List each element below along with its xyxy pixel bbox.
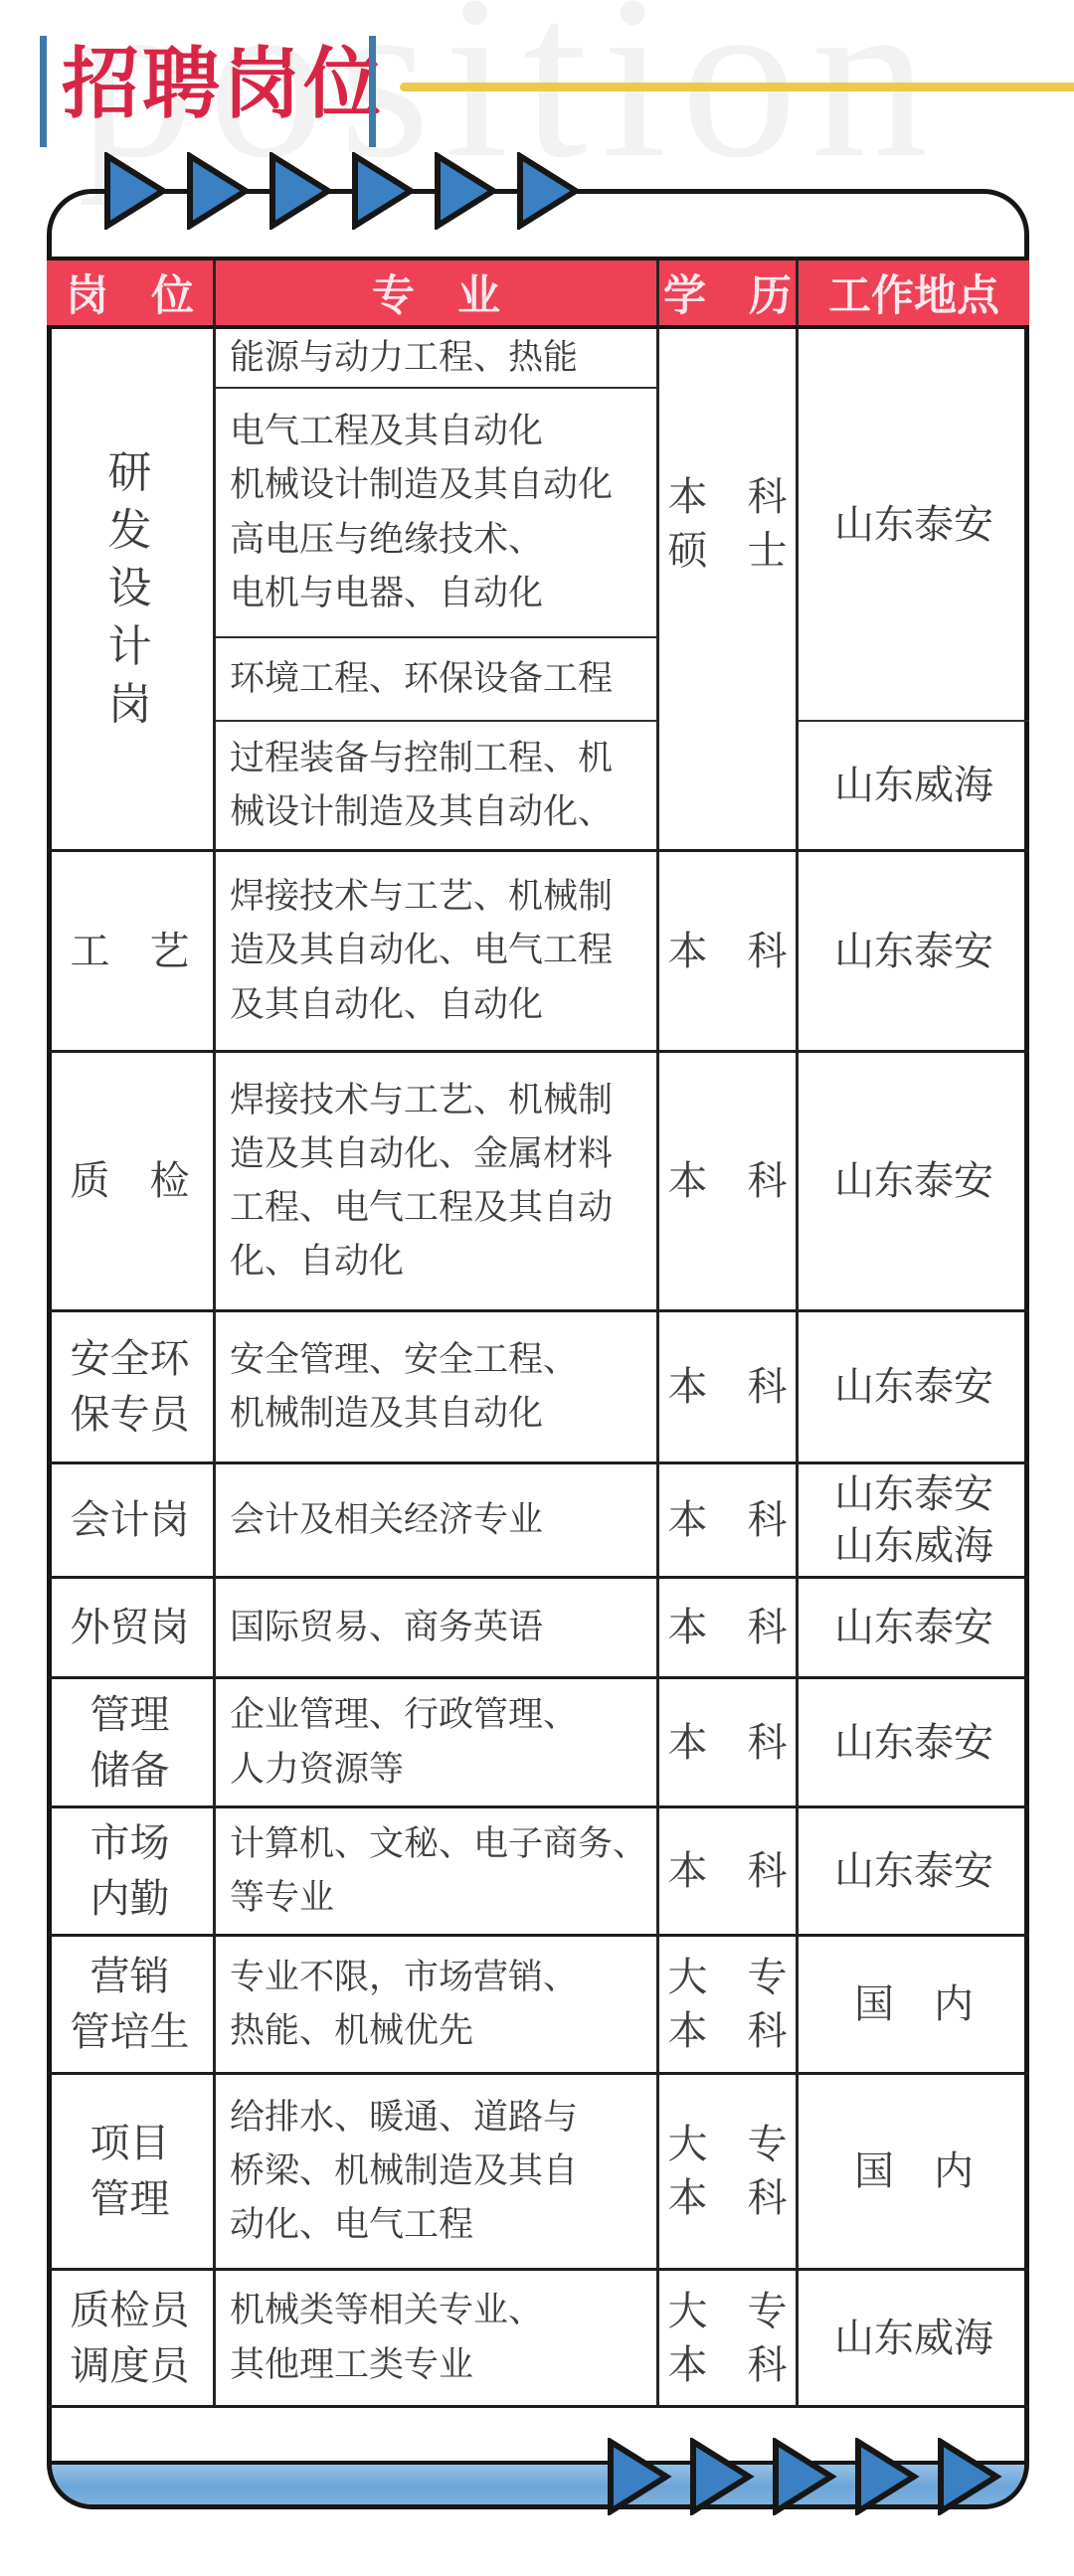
- row-label: 质 检: [47, 1053, 216, 1312]
- row-label-rd: 研 发 设 计 岗: [47, 329, 216, 852]
- row-location: 山东泰安: [799, 852, 1029, 1053]
- row-location: 山东泰安: [799, 1808, 1029, 1937]
- row-major: 安全管理、安全工程、 机械制造及其自动化: [216, 1312, 659, 1464]
- row-label: 营销 管培生: [47, 1937, 216, 2075]
- row-location: 山东泰安: [799, 1579, 1029, 1679]
- row-major: 焊接技术与工艺、机械制 造及其自动化、金属材料 工程、电气工程及其自动 化、自动…: [216, 1053, 659, 1312]
- bottom-arrows-decoration: [607, 2438, 1004, 2515]
- title-underline: [400, 83, 1074, 91]
- title-left-bar: [40, 36, 47, 147]
- row-major: 国际贸易、商务英语: [216, 1579, 659, 1679]
- row-major: 专业不限，市场营销、 热能、机械优先: [216, 1937, 659, 2075]
- row-location: 山东泰安: [799, 1312, 1029, 1464]
- row-major: 机械类等相关专业、 其他理工类专业: [216, 2271, 659, 2408]
- row-label: 管理 储备: [47, 1679, 216, 1808]
- row-location: 山东泰安: [799, 1053, 1029, 1312]
- rd-major-4: 过程装备与控制工程、机 械设计制造及其自动化、: [216, 722, 659, 852]
- row-location: 山东威海: [799, 2271, 1029, 2408]
- row-education: 本 科: [659, 1808, 799, 1937]
- rd-education: 本 科 硕 士: [659, 329, 799, 852]
- row-major: 企业管理、行政管理、 人力资源等: [216, 1679, 659, 1808]
- row-label: 外贸岗: [47, 1579, 216, 1679]
- rd-location-1: 山东泰安: [799, 329, 1029, 722]
- row-location: 国 内: [799, 2075, 1029, 2271]
- row-label: 工 艺: [47, 852, 216, 1053]
- row-education: 本 科: [659, 1679, 799, 1808]
- row-education: 大 专 本 科: [659, 2075, 799, 2271]
- row-label: 项目 管理: [47, 2075, 216, 2271]
- recruitment-table: 岗 位 专 业 学 历 工作地点 研 发 设 计 岗 能源与动力工程、热能 电气…: [47, 257, 1029, 2408]
- title-right-bar: [369, 36, 376, 147]
- row-education: 本 科: [659, 852, 799, 1053]
- row-education: 本 科: [659, 1312, 799, 1464]
- row-education: 本 科: [659, 1464, 799, 1579]
- header-position: 岗 位: [47, 260, 216, 329]
- row-label: 质检员 调度员: [47, 2271, 216, 2408]
- row-location: 国 内: [799, 1937, 1029, 2075]
- row-label: 会计岗: [47, 1464, 216, 1579]
- row-label: 安全环 保专员: [47, 1312, 216, 1464]
- row-education: 大 专 本 科: [659, 1937, 799, 2075]
- header-major: 专 业: [216, 260, 659, 329]
- row-major: 计算机、文秘、电子商务、 等专业: [216, 1808, 659, 1937]
- row-education: 本 科: [659, 1579, 799, 1679]
- row-major: 焊接技术与工艺、机械制 造及其自动化、电气工程 及其自动化、自动化: [216, 852, 659, 1053]
- row-label: 市场 内勤: [47, 1808, 216, 1937]
- recruitment-poster: position 招聘岗位 岗 位 专 业 学 历 工作地点 研 发 设 计 岗…: [0, 0, 1074, 2576]
- rd-major-1: 能源与动力工程、热能: [216, 329, 659, 389]
- row-major: 给排水、暖通、道路与 桥梁、机械制造及其自 动化、电气工程: [216, 2075, 659, 2271]
- header-education: 学 历: [659, 260, 799, 329]
- top-arrows-decoration: [103, 152, 581, 230]
- header-location: 工作地点: [799, 260, 1029, 329]
- rd-major-3: 环境工程、环保设备工程: [216, 638, 659, 722]
- row-education: 本 科: [659, 1053, 799, 1312]
- rd-major-2: 电气工程及其自动化 机械设计制造及其自动化 高电压与绝缘技术、 电机与电器、自动…: [216, 389, 659, 638]
- page-title: 招聘岗位: [62, 22, 384, 133]
- row-major: 会计及相关经济专业: [216, 1464, 659, 1579]
- row-education: 大 专 本 科: [659, 2271, 799, 2408]
- row-location: 山东泰安: [799, 1679, 1029, 1808]
- rd-location-2: 山东威海: [799, 722, 1029, 852]
- row-location: 山东泰安 山东威海: [799, 1464, 1029, 1579]
